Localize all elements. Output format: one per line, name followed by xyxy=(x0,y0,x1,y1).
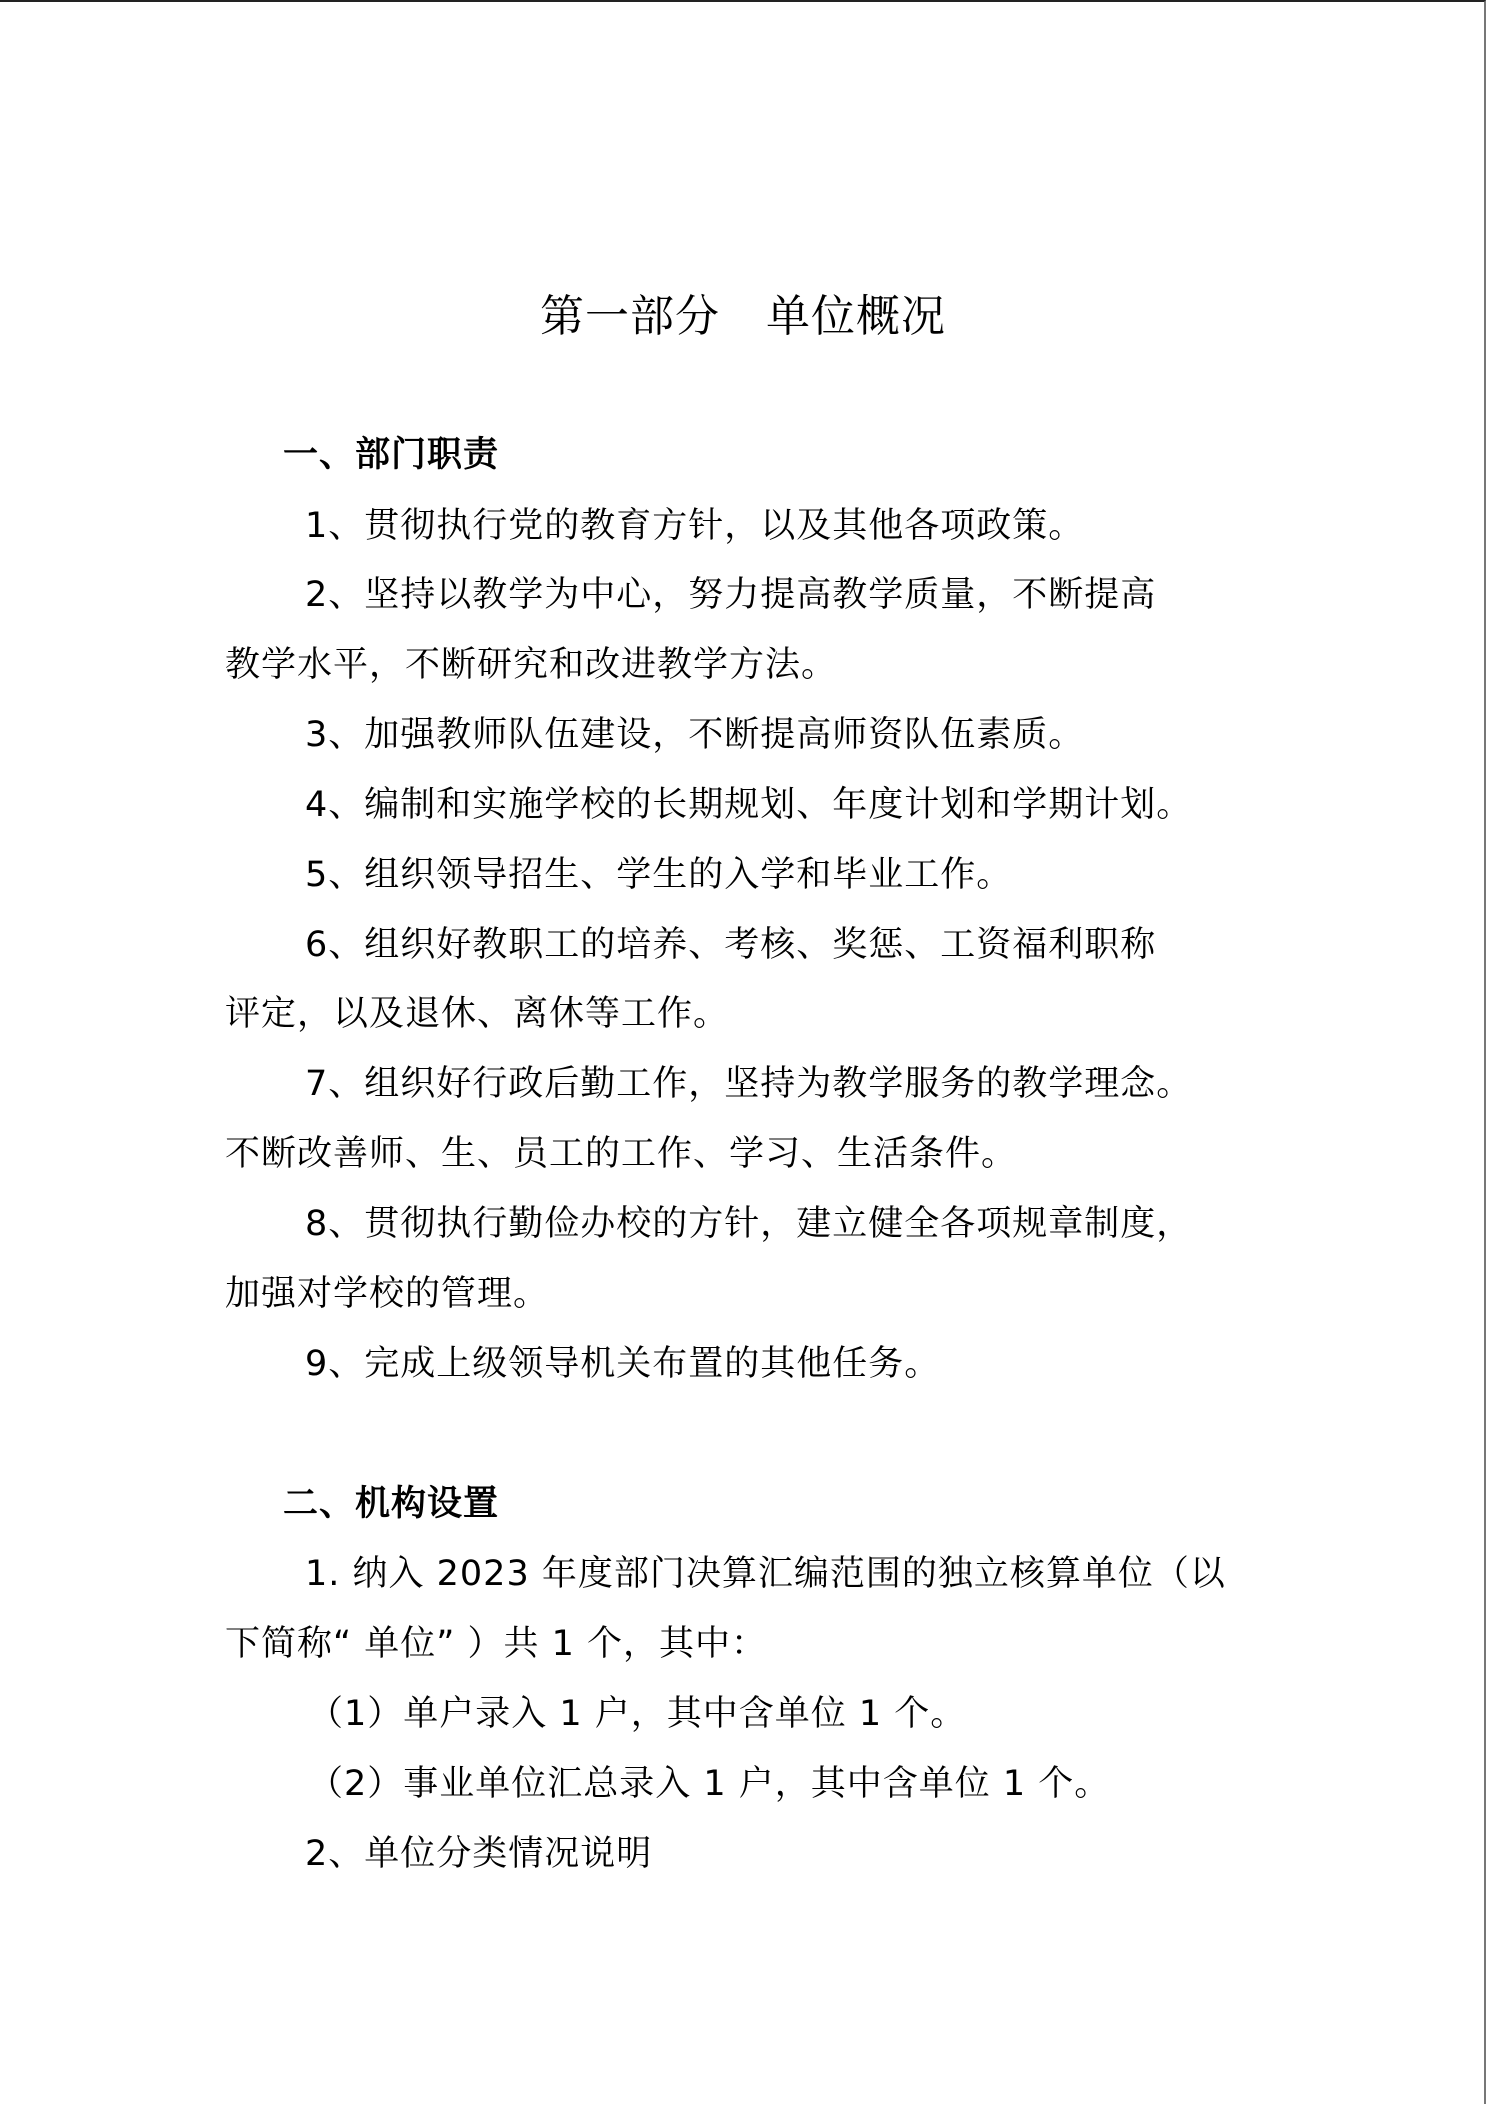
paragraph-line: （2）事业单位汇总录入 1 户，其中含单位 1 个。 xyxy=(308,1762,1110,1806)
paragraph-line: 不断改善师、生、员工的工作、学习、生活条件。 xyxy=(225,1132,1017,1176)
paragraph-line: 5、组织领导招生、学生的入学和毕业工作。 xyxy=(305,853,1012,897)
paragraph-line: 2、坚持以教学为中心，努力提高教学质量，不断提高 xyxy=(305,573,1156,617)
document-page: 第一部分单位概况 一、部门职责 1、贯彻执行党的教育方针，以及其他各项政策。 2… xyxy=(0,0,1486,2104)
paragraph-line: 加强对学校的管理。 xyxy=(225,1272,549,1316)
paragraph-line: 2、单位分类情况说明 xyxy=(305,1832,652,1876)
paragraph-line: 评定，以及退休、离休等工作。 xyxy=(225,992,729,1036)
paragraph-line: 6、组织好教职工的培养、考核、奖惩、工资福利职称 xyxy=(305,923,1156,967)
page-title: 第一部分单位概况 xyxy=(0,289,1486,345)
paragraph-line: 9、完成上级领导机关布置的其他任务。 xyxy=(305,1342,940,1386)
title-part: 第一部分 xyxy=(540,291,720,342)
paragraph-line: 教学水平，不断研究和改进教学方法。 xyxy=(225,643,837,687)
paragraph-line: 8、贯彻执行勤俭办校的方针，建立健全各项规章制度， xyxy=(305,1202,1192,1246)
section-heading-duties: 一、部门职责 xyxy=(283,433,499,477)
title-name: 单位概况 xyxy=(766,291,946,342)
paragraph-line: 7、组织好行政后勤工作，坚持为教学服务的教学理念。 xyxy=(305,1062,1192,1106)
paragraph-line: 1. 纳入 2023 年度部门决算汇编范围的独立核算单位（以 xyxy=(305,1552,1226,1596)
paragraph-line: 3、加强教师队伍建设，不断提高师资队伍素质。 xyxy=(305,713,1084,757)
paragraph-line: 4、编制和实施学校的长期规划、年度计划和学期计划。 xyxy=(305,783,1192,827)
section-heading-organization: 二、机构设置 xyxy=(283,1482,499,1526)
paragraph-line: （1）单户录入 1 户，其中含单位 1 个。 xyxy=(308,1692,966,1736)
paragraph-line: 下简称“ 单位” ）共 1 个，其中： xyxy=(225,1622,767,1666)
paragraph-line: 1、贯彻执行党的教育方针，以及其他各项政策。 xyxy=(305,504,1084,548)
